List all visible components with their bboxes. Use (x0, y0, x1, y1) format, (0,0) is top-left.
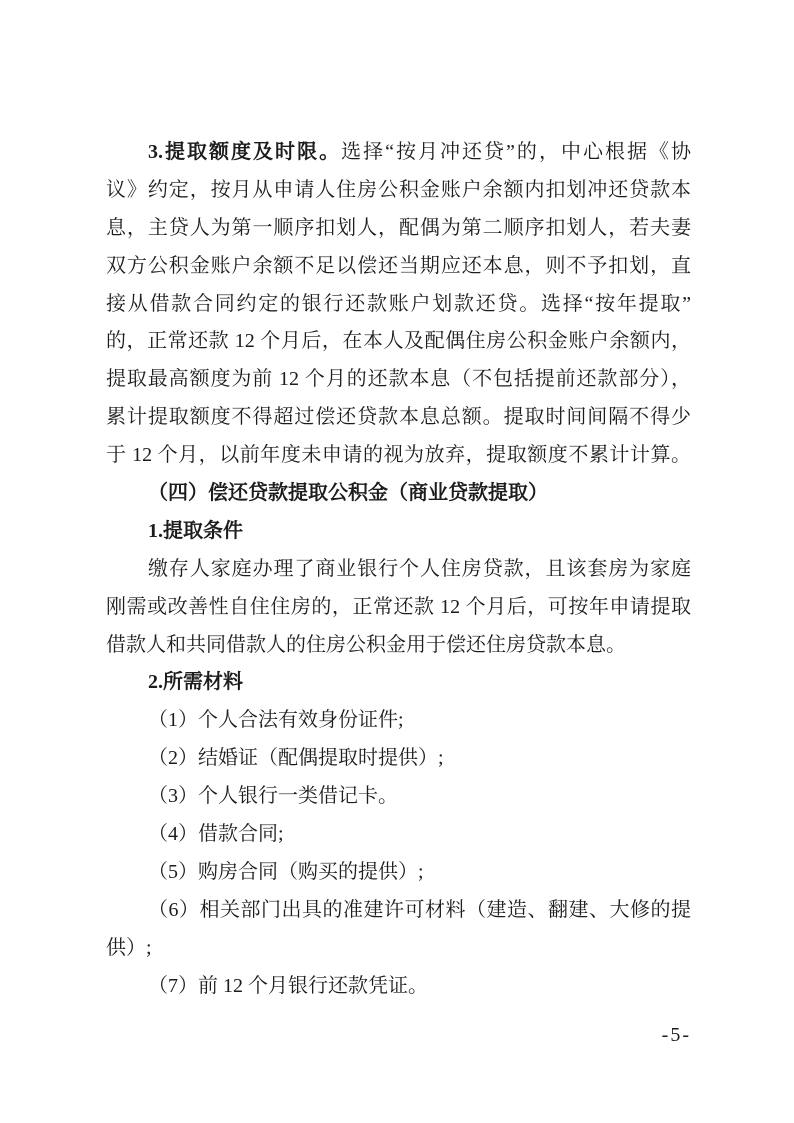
page-number: -5- (106, 1023, 691, 1047)
text-line: （3）个人银行一类借记卡。 (106, 778, 691, 816)
text-line: 2.所需材料 (106, 664, 691, 702)
text-line: （1）个人合法有效身份证件; (106, 702, 691, 740)
text-line: （5）购房合同（购买的提供）; (106, 854, 691, 892)
text-line: 3.提取额度及时限。选择“按月冲还贷”的，中心根据《协 (106, 134, 691, 172)
text-line: （四）偿还贷款提取公积金（商业贷款提取） (106, 475, 691, 513)
text-line: 累计提取额度不得超过偿还贷款本息总额。提取时间间隔不得少 (106, 399, 691, 437)
text-line: （6）相关部门出具的准建许可材料（建造、翻建、大修的提 (106, 892, 691, 930)
document-body: 3.提取额度及时限。选择“按月冲还贷”的，中心根据《协议》约定，按月从申请人住房… (106, 134, 691, 1005)
text-line: 于 12 个月，以前年度未申请的视为放弃，提取额度不累计计算。 (106, 437, 691, 475)
text-line: 供）; (106, 930, 691, 968)
text-line: 接从借款合同约定的银行还款账户划款还贷。选择“按年提取” (106, 286, 691, 324)
text-line: 双方公积金账户余额不足以偿还当期应还本息，则不予扣划，直 (106, 248, 691, 286)
text-line: 议》约定，按月从申请人住房公积金账户余额内扣划冲还贷款本 (106, 172, 691, 210)
document-page: 3.提取额度及时限。选择“按月冲还贷”的，中心根据《协议》约定，按月从申请人住房… (0, 0, 794, 1123)
bold-run: 3.提取额度及时限。 (148, 141, 341, 163)
text-line: 借款人和共同借款人的住房公积金用于偿还住房贷款本息。 (106, 627, 691, 665)
text-line: 缴存人家庭办理了商业银行个人住房贷款，且该套房为家庭 (106, 551, 691, 589)
text-line: 刚需或改善性自住住房的，正常还款 12 个月后，可按年申请提取 (106, 589, 691, 627)
text-line: 的，正常还款 12 个月后，在本人及配偶住房公积金账户余额内， (106, 323, 691, 361)
text-line: 息，主贷人为第一顺序扣划人，配偶为第二顺序扣划人，若夫妻 (106, 210, 691, 248)
text-line: （2）结婚证（配偶提取时提供）; (106, 740, 691, 778)
text-line: （4）借款合同; (106, 816, 691, 854)
text-line: 提取最高额度为前 12 个月的还款本息（不包括提前还款部分）， (106, 361, 691, 399)
text-line: （7）前 12 个月银行还款凭证。 (106, 968, 691, 1006)
text-line: 1.提取条件 (106, 513, 691, 551)
